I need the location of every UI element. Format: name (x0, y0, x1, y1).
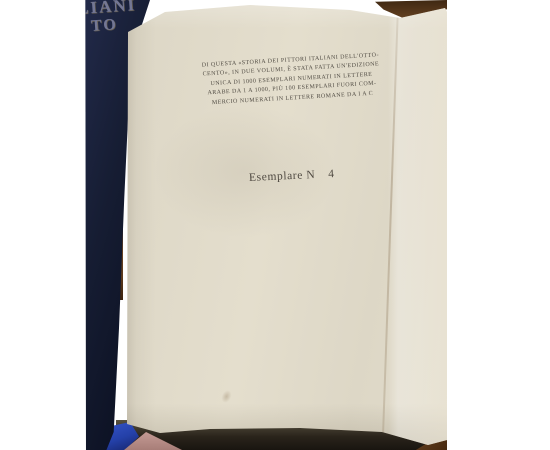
cover-title-fragment-2: TO (90, 16, 118, 36)
edition-number: 4 (328, 168, 335, 180)
page-stain (220, 389, 234, 405)
book-photo: LIANI TO DI QUESTA «STORIA DEI PITTORI I… (0, 0, 550, 450)
